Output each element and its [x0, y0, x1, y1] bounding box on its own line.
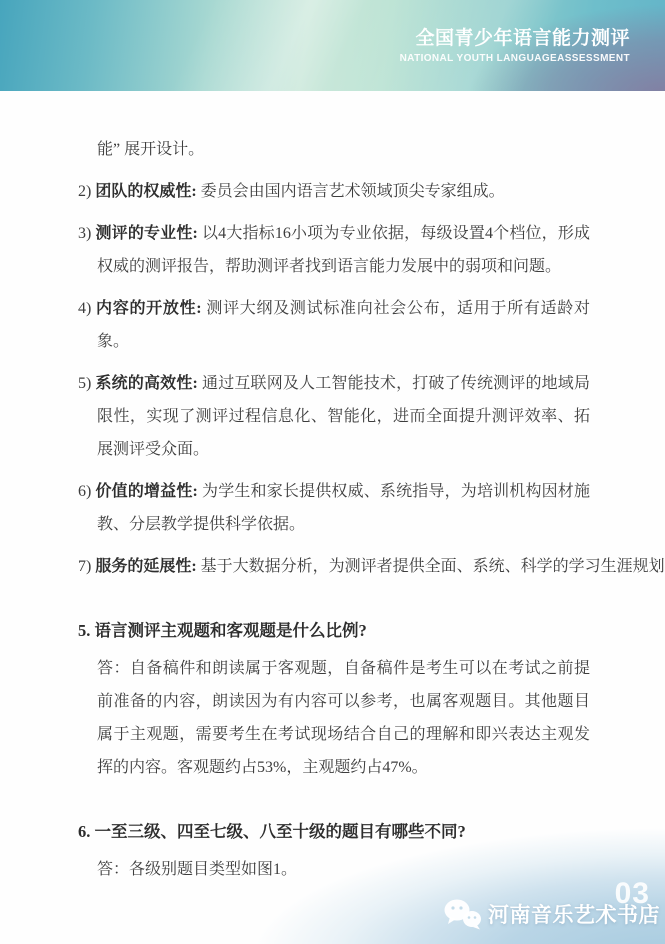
- item-number: 4): [78, 300, 91, 317]
- document-body: 能” 展开设计。 2) 团队的权威性: 委员会由国内语言艺术领域顶尖专家组成。 …: [78, 133, 590, 886]
- item-text: 委员会由国内语言艺术领域顶尖专家组成。: [201, 183, 505, 200]
- chat-bubbles-icon: [444, 898, 482, 930]
- item-label: 服务的延展性:: [95, 558, 196, 575]
- header-subtitle: NATIONAL YOUTH LANGUAGEASSESSMENT: [400, 53, 630, 64]
- header-title: 全国青少年语言能力测评: [400, 27, 630, 51]
- list-item: 5) 系统的高效性: 通过互联网及人工智能技术，打破了传统测评的地域局限性，实现…: [78, 367, 590, 466]
- item-number: 5): [78, 375, 91, 392]
- answer-paragraph: 答：各级别题目类型如图1。: [97, 853, 590, 886]
- list-item: 6) 价值的增益性: 为学生和家长提供权威、系统指导，为培训机构因材施教、分层教…: [78, 475, 590, 541]
- item-label: 团队的权威性:: [95, 183, 196, 200]
- item-label: 测评的专业性:: [96, 225, 198, 242]
- item-text: 基于大数据分析，为测评者提供全面、系统、科学的学习生涯规划。: [201, 558, 665, 575]
- question-heading: 6. 一至三级、四至七级、八至十级的题目有哪些不同?: [78, 815, 590, 848]
- bookstore-watermark: 河南音乐艺术书店: [444, 898, 660, 930]
- document-page: 全国青少年语言能力测评 NATIONAL YOUTH LANGUAGEASSES…: [0, 0, 665, 944]
- item-label: 系统的高效性:: [96, 375, 198, 392]
- list-item: 7) 服务的延展性: 基于大数据分析，为测评者提供全面、系统、科学的学习生涯规划…: [78, 550, 590, 583]
- item-number: 3): [78, 225, 91, 242]
- paragraph-continuation: 能” 展开设计。: [97, 133, 590, 166]
- item-number: 7): [78, 558, 91, 575]
- item-label: 价值的增益性:: [96, 483, 198, 500]
- answer-paragraph: 答：自备稿件和朗读属于客观题，自备稿件是考生可以在考试之前提前准备的内容，朗读因…: [97, 652, 590, 784]
- list-item: 3) 测评的专业性: 以4大指标16小项为专业依据，每级设置4个档位，形成权威的…: [78, 217, 590, 283]
- item-number: 6): [78, 483, 91, 500]
- item-label: 内容的开放性:: [96, 300, 202, 317]
- question-heading: 5. 语言测评主观题和客观题是什么比例?: [78, 614, 590, 647]
- list-item: 4) 内容的开放性: 测评大纲及测试标准向社会公布，适用于所有适龄对象。: [78, 292, 590, 358]
- page-header: 全国青少年语言能力测评 NATIONAL YOUTH LANGUAGEASSES…: [0, 0, 665, 91]
- header-brand: 全国青少年语言能力测评 NATIONAL YOUTH LANGUAGEASSES…: [400, 27, 630, 64]
- list-item: 2) 团队的权威性: 委员会由国内语言艺术领域顶尖专家组成。: [78, 175, 590, 208]
- item-number: 2): [78, 183, 91, 200]
- watermark-text: 河南音乐艺术书店: [488, 899, 660, 929]
